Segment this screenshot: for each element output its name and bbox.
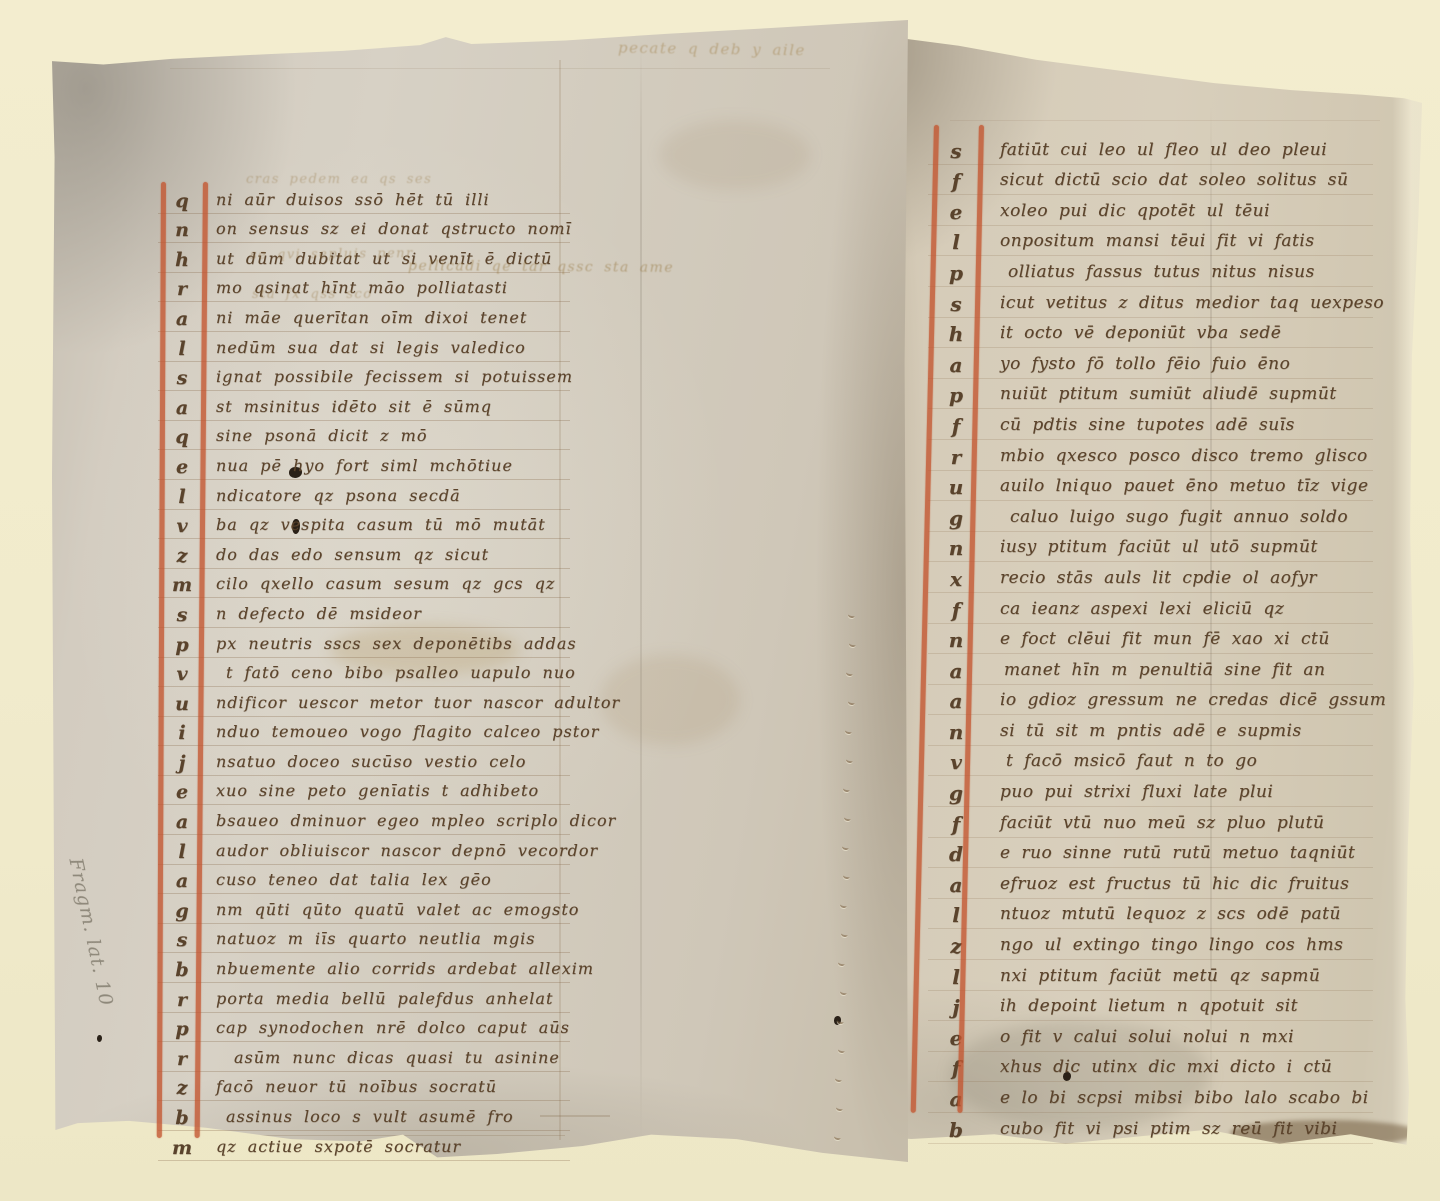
stitch-hole (839, 988, 847, 995)
manuscript-line: lnxi ptitum faciūt metū qz sapmū (928, 960, 1373, 991)
line-text: ignat possibile fecissem si potuissem (216, 364, 573, 390)
line-text: yo fysto fō tollo fēio fuio ēno (1000, 351, 1290, 378)
manuscript-line: exuo sine peto genīatis t adhibeto (158, 776, 570, 806)
line-text: it octo vē deponiūt vba sedē (1000, 320, 1281, 347)
line-text: cū pdtis sine tupotes adē suīs (1000, 412, 1295, 439)
manuscript-line: laudor obliuiscor nascor depnō vecordor (158, 835, 570, 865)
line-text: e ruo sinne rutū rutū metuo taqniūt (1000, 840, 1355, 867)
line-text: io gdioz gressum ne credas dicē gssum (1000, 687, 1386, 714)
manuscript-line: ast msinitus idēto sit ē sūmq (158, 391, 570, 421)
top-ruling-line (950, 120, 1380, 121)
line-text: onpositum mansi tēui fit vi fatis (1000, 228, 1315, 255)
manuscript-line: jnsatuo doceo sucūso vestio celo (158, 746, 570, 776)
manuscript-line: nsi tū sit m pntis adē e supmis (928, 715, 1373, 746)
manuscript-line: snatuoz m iīs quarto neutlia mgis (158, 924, 570, 954)
line-initial: a (928, 659, 984, 684)
line-initial: l (158, 337, 206, 361)
line-text: faciūt vtū nuo meū sz pluo plutū (1000, 810, 1324, 837)
line-text: do das edo sensum qz sicut (216, 542, 489, 568)
line-initial: a (158, 307, 206, 331)
line-text: porta media bellū palefdus anhelat (216, 986, 553, 1012)
line-text: manet hīn m penultiā sine fit an (1004, 657, 1325, 684)
line-text: natuoz m iīs quarto neutlia mgis (216, 926, 536, 952)
manuscript-line: non sensus sz ei donat qstructo nomī (158, 214, 570, 244)
line-text: cuso teneo dat talia lex gēo (216, 867, 492, 893)
manuscript-line: eo fit v calui solui nolui n mxi (928, 1021, 1373, 1052)
line-text: ih depoint lietum n qpotuit sit (1000, 993, 1298, 1020)
line-initial: m (158, 1136, 206, 1160)
line-initial: n (928, 628, 984, 653)
line-initial: f (928, 812, 984, 837)
manuscript-line: vba qz vespita casum tū mō mutāt (158, 510, 570, 540)
manuscript-line: ayo fysto fō tollo fēio fuio ēno (928, 348, 1373, 379)
manuscript-line: xrecio stās auls lit cpdie ol aofyr (928, 562, 1373, 593)
line-text: nedūm sua dat si legis valedico (216, 335, 526, 361)
line-text: ni māe querītan oīm dixoi tenet (216, 305, 527, 331)
stitch-hole (835, 1075, 843, 1082)
manuscript-line: aio gdioz gressum ne credas dicē gssum (928, 685, 1373, 716)
stitch-hole (847, 611, 855, 618)
manuscript-line: bcubo fit vi psi ptim sz reū fit vibi (928, 1113, 1373, 1144)
manuscript-line: pnuiūt ptitum sumiūt aliudē supmūt (928, 379, 1373, 410)
manuscript-line: qsine psonā dicit z mō (158, 421, 570, 451)
manuscript-line: ani māe querītan oīm dixoi tenet (158, 302, 570, 332)
line-text: cap synodochen nrē dolco caput aūs (216, 1015, 570, 1041)
stitch-hole (837, 1046, 845, 1053)
line-text: nuiūt ptitum sumiūt aliudē supmūt (1000, 381, 1337, 408)
line-text: px neutris sscs sex deponētibs addas (216, 631, 577, 657)
line-text: xhus dic utinx dic mxi dicto i ctū (1000, 1054, 1332, 1081)
line-initial: n (928, 536, 984, 561)
line-initial: j (928, 995, 984, 1020)
line-initial: d (928, 842, 984, 867)
manuscript-line: ppx neutris sscs sex deponētibs addas (158, 628, 570, 658)
line-initial: a (928, 1087, 984, 1112)
manuscript-line: niusy ptitum faciūt ul utō supmūt (928, 532, 1373, 563)
line-initial: f (928, 1056, 984, 1081)
faint-annotation: pellicadi qe tar qssc sta ame (408, 258, 674, 276)
stitch-hole (843, 785, 851, 792)
manuscript-line: pcap synodochen nrē dolco caput aūs (158, 1013, 570, 1043)
manuscript-line: aefruoz est fructus tū hic dic fruitus (928, 868, 1373, 899)
line-initial: l (928, 903, 984, 928)
stitch-hole (846, 669, 854, 676)
line-text: nduo temoueo vogo flagito calceo pstor (216, 719, 599, 745)
manuscript-line: polliatus fassus tutus nitus nisus (928, 256, 1373, 287)
line-initial: a (928, 689, 984, 714)
line-text: ndificor uescor metor tuor nascor adulto… (216, 690, 620, 716)
line-text: recio stās auls lit cpdie ol aofyr (1000, 565, 1317, 592)
line-initial: e (928, 1026, 984, 1051)
line-initial: s (158, 366, 206, 390)
manuscript-line: sn defecto dē msideor (158, 598, 570, 628)
manuscript-line: exoleo pui dic qpotēt ul tēui (928, 195, 1373, 226)
line-text: facō neuor tū noībus socratū (216, 1074, 497, 1100)
line-text: e lo bi scpsi mibsi bibo lalo scabo bi (1000, 1085, 1369, 1112)
manuscript-line: fca ieanz aspexi lexi eliciū qz (928, 593, 1373, 624)
manuscript-line: gcaluo luigo sugo fugit annuo soldo (928, 501, 1373, 532)
stitch-hole (833, 1133, 841, 1140)
right-page-text-column: sfatiūt cui leo ul fleo ul deo pleuifsic… (928, 134, 1373, 1144)
manuscript-line: enua pē hyo fort siml mchōtiue (158, 450, 570, 480)
manuscript-line: induo temoueo vogo flagito calceo pstor (158, 717, 570, 747)
manuscript-line: sfatiūt cui leo ul fleo ul deo pleui (928, 134, 1373, 165)
faint-annotation: sta fx qss sco (252, 287, 373, 302)
line-text: ba qz vespita casum tū mō mutāt (216, 512, 546, 538)
manuscript-line: absaueo dminuor egeo mpleo scriplo dicor (158, 805, 570, 835)
manuscript-line: undificor uescor metor tuor nascor adult… (158, 687, 570, 717)
faint-annotation: se qvi sepluis penr (250, 246, 414, 263)
manuscript-line: rporta media bellū palefdus anhelat (158, 983, 570, 1013)
manuscript-line: hit octo vē deponiūt vba sedē (928, 318, 1373, 349)
left-page-text-column: qni aūr duisos ssō hēt tū illinon sensus… (158, 184, 570, 1161)
manuscript-line: lonpositum mansi tēui fit vi fatis (928, 226, 1373, 257)
line-text: t fatō ceno bibo psalleo uapulo nuo (226, 660, 576, 686)
manuscript-line: fsicut dictū scio dat soleo solitus sū (928, 165, 1373, 196)
stitch-hole (841, 843, 849, 850)
line-initial: e (158, 455, 206, 479)
manuscript-line: acuso teneo dat talia lex gēo (158, 865, 570, 895)
line-text: bsaueo dminuor egeo mpleo scriplo dicor (216, 808, 616, 834)
line-text: icut vetitus z ditus medior taq uexpeso (1000, 290, 1384, 317)
line-text: assinus loco s vult asumē fro (226, 1104, 514, 1130)
manuscript-line: fcū pdtis sine tupotes adē suīs (928, 409, 1373, 440)
stitch-hole (838, 959, 846, 966)
line-initial: q (158, 425, 206, 449)
manuscript-line: ae lo bi scpsi mibsi bibo lalo scabo bi (928, 1082, 1373, 1113)
line-text: si tū sit m pntis adē e supmis (1000, 718, 1302, 745)
line-text: cilo qxello casum sesum qz gcs qz (216, 571, 555, 597)
line-text: cubo fit vi psi ptim sz reū fit vibi (1000, 1116, 1337, 1143)
line-text: t facō msicō faut n to go (1006, 748, 1257, 775)
stitch-hole (839, 901, 847, 908)
line-text: caluo luigo sugo fugit annuo soldo (1010, 504, 1348, 531)
manuscript-line: ne foct clēui fit mun fē xao xi ctū (928, 624, 1373, 655)
manuscript-line: jih depoint lietum n qpotuit sit (928, 991, 1373, 1022)
manuscript-line: rasūm nunc dicas quasi tu asinine (158, 1042, 570, 1072)
line-text: olliatus fassus tutus nitus nisus (1008, 259, 1315, 286)
manuscript-photo: qni aūr duisos ssō hēt tū illinon sensus… (0, 0, 1440, 1201)
line-text: fatiūt cui leo ul fleo ul deo pleui (1000, 137, 1327, 164)
manuscript-line: vt fatō ceno bibo psalleo uapulo nuo (158, 658, 570, 688)
line-initial: b (928, 1118, 984, 1143)
manuscript-line: signat possibile fecissem si potuissem (158, 362, 570, 392)
line-text: xoleo pui dic qpotēt ul tēui (1000, 198, 1270, 225)
line-text: ntuoz mtutū lequoz z scs odē patū (1000, 901, 1341, 928)
line-text: ngo ul extingo tingo lingo cos hms (1000, 932, 1343, 959)
line-text: nxi ptitum faciūt metū qz sapmū (1000, 963, 1320, 990)
stitch-hole (847, 698, 855, 705)
manuscript-line: ffaciūt vtū nuo meū sz pluo plutū (928, 807, 1373, 838)
faint-annotation: cras pedem ea qs ses (246, 172, 432, 187)
manuscript-line: zfacō neuor tū noībus socratū (158, 1072, 570, 1102)
line-initial: a (928, 873, 984, 898)
stitch-hole (841, 930, 849, 937)
line-text: nsatuo doceo sucūso vestio celo (216, 749, 526, 775)
manuscript-line: lndicatore qz psona secdā (158, 480, 570, 510)
line-text: auilo lniquo pauet ēno metuo tīz vige (1000, 473, 1369, 500)
line-text: nua pē hyo fort siml mchōtiue (216, 453, 513, 479)
manuscript-line: mqz actiue sxpotē socratur (158, 1131, 570, 1161)
stitch-hole (836, 1017, 844, 1024)
line-text: nbuemente alio corrids ardebat allexim (216, 956, 594, 982)
manuscript-line: zngo ul extingo tingo lingo cos hms (928, 929, 1373, 960)
line-text: efruoz est fructus tū hic dic fruitus (1000, 871, 1349, 898)
manuscript-line: lntuoz mtutū lequoz z scs odē patū (928, 899, 1373, 930)
stitch-hole (844, 814, 852, 821)
manuscript-line: mcilo qxello casum sesum qz gcs qz (158, 569, 570, 599)
line-text: ni aūr duisos ssō hēt tū illi (216, 187, 490, 213)
line-text: n defecto dē msideor (216, 601, 422, 627)
manuscript-line: bnbuemente alio corrids ardebat allexim (158, 953, 570, 983)
manuscript-line: rmbio qxesco posco disco tremo glisco (928, 440, 1373, 471)
manuscript-line: bassinus loco s vult asumē fro (158, 1101, 570, 1131)
stitch-hole (844, 727, 852, 734)
line-text: sine psonā dicit z mō (216, 423, 427, 449)
manuscript-line: gnm qūti qūto quatū valet ac emogsto (158, 894, 570, 924)
line-text: nm qūti qūto quatū valet ac emogsto (216, 897, 579, 923)
line-text: xuo sine peto genīatis t adhibeto (216, 778, 539, 804)
line-text: puo pui strixi fluxi late plui (1000, 779, 1273, 806)
line-text: asūm nunc dicas quasi tu asinine (234, 1045, 560, 1071)
line-initial: f (928, 598, 984, 623)
line-initial: g (928, 781, 984, 806)
manuscript-line: gpuo pui strixi fluxi late plui (928, 776, 1373, 807)
line-text: ca ieanz aspexi lexi eliciū qz (1000, 596, 1284, 623)
line-initial: a (158, 396, 206, 420)
line-initial: v (158, 514, 206, 538)
line-initial: l (928, 965, 984, 990)
top-faint-inscription: pecate q deb y aile (618, 39, 806, 60)
manuscript-line: amanet hīn m penultiā sine fit an (928, 654, 1373, 685)
line-initial: n (928, 720, 984, 745)
line-text: iusy ptitum faciūt ul utō supmūt (1000, 534, 1318, 561)
line-initial: l (158, 485, 206, 509)
stitch-hole (842, 872, 850, 879)
line-text: audor obliuiscor nascor depnō vecordor (216, 838, 598, 864)
manuscript-line: qni aūr duisos ssō hēt tū illi (158, 184, 570, 214)
line-text: qz actiue sxpotē socratur (216, 1134, 461, 1160)
line-initial: r (158, 277, 206, 301)
line-text: sicut dictū scio dat soleo solitus sū (1000, 167, 1348, 194)
manuscript-line: lnedūm sua dat si legis valedico (158, 332, 570, 362)
line-text: on sensus sz ei donat qstructo nomī (216, 216, 572, 242)
manuscript-line: zdo das edo sensum qz sicut (158, 539, 570, 569)
line-text: st msinitus idēto sit ē sūmq (216, 394, 492, 420)
line-text: o fit v calui solui nolui n mxi (1000, 1024, 1294, 1051)
stitch-hole (845, 756, 853, 763)
manuscript-line: fxhus dic utinx dic mxi dicto i ctū (928, 1052, 1373, 1083)
line-text: e foct clēui fit mun fē xao xi ctū (1000, 626, 1330, 653)
manuscript-line: de ruo sinne rutū rutū metuo taqniūt (928, 838, 1373, 869)
line-initial: x (928, 567, 984, 592)
line-initial: v (928, 750, 984, 775)
line-text: ndicatore qz psona secdā (216, 483, 461, 509)
line-initial: z (928, 934, 984, 959)
manuscript-line: sicut vetitus z ditus medior taq uexpeso (928, 287, 1373, 318)
manuscript-line: uauilo lniquo pauet ēno metuo tīz vige (928, 471, 1373, 502)
line-text: mbio qxesco posco disco tremo glisco (1000, 443, 1368, 470)
manuscript-line: vt facō msicō faut n to go (928, 746, 1373, 777)
stitch-hole (849, 640, 857, 647)
stitch-hole (836, 1104, 844, 1111)
